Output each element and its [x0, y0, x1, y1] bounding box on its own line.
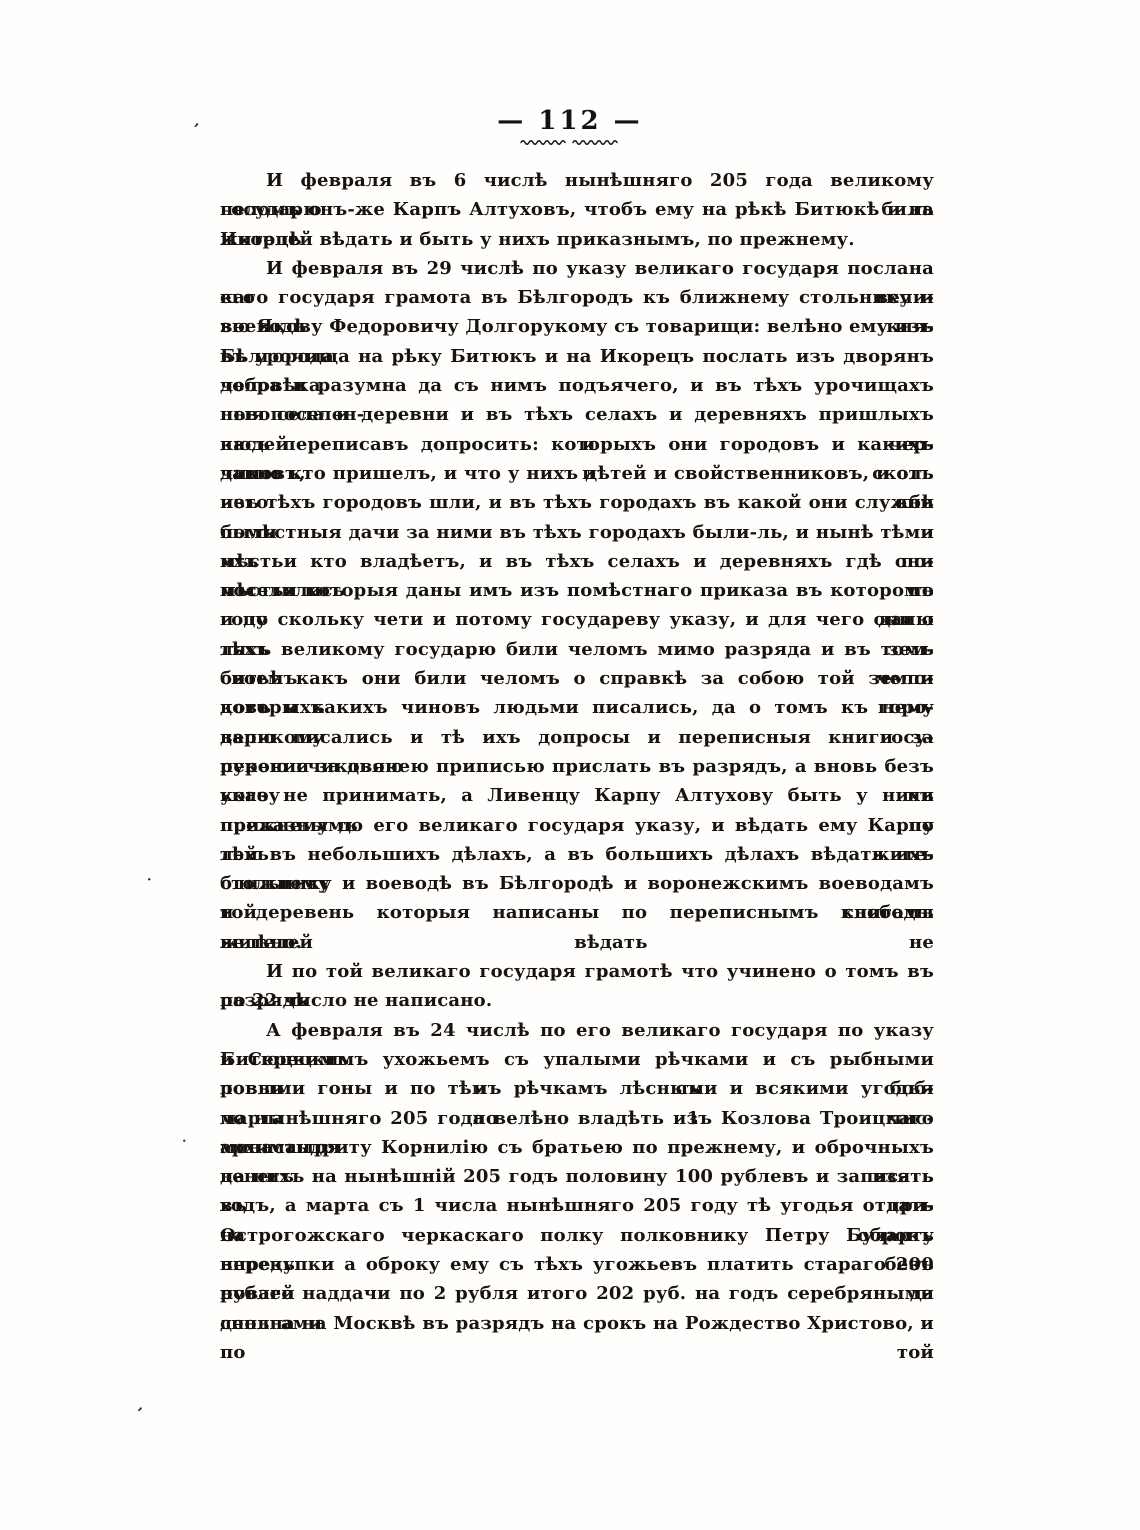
text-line: И февраля въ 6 числѣ нынѣшняго 205 года … [220, 166, 934, 195]
text-line: помѣстныя дачи за ними въ тѣхъ городахъ … [220, 518, 934, 547]
text-line: въ урочища на рѣку Битюкъ и на Икорецъ п… [220, 342, 934, 371]
text-line: довъ и какихъ чиновъ людьми писались, да… [220, 693, 934, 722]
text-line: ляхъ великому государю били челомъ мимо … [220, 635, 934, 664]
text-line: и Серецкимъ ухожьемъ съ упалыми рѣчками … [220, 1045, 934, 1074]
text-line: челомъ онъ-же Карпъ Алтуховъ, чтобъ ему … [220, 195, 934, 224]
text-line: и деревень которыя написаны по переписны… [220, 898, 934, 927]
paragraph-1: И февраля въ 6 числѣ нынѣшняго 205 года … [220, 166, 934, 254]
paragraph-3: И по той великаго государя грамотѣ что у… [220, 957, 934, 1016]
text-line: рукою и за дьячею приписью прислать въ р… [220, 752, 934, 781]
text-block: И февраля въ 6 числѣ нынѣшняго 205 года … [220, 166, 934, 1338]
text-line: ло нынѣшняго 205 года велѣно владѣть изъ… [220, 1104, 934, 1133]
text-line: каго государя грамота въ Бѣлгородъ къ бл… [220, 283, 934, 312]
page-number: — 112 — [497, 106, 642, 136]
page-header: — 112 — [0, 106, 1140, 146]
scan-artifact: . [182, 1132, 187, 1145]
text-line: жителей вѣдать и быть у нихъ приказнымъ,… [220, 225, 934, 254]
text-line: стольнику и воеводѣ въ Бѣлгородѣ и ворон… [220, 869, 934, 898]
text-line: архимандриту Корнилію съ братьею по преж… [220, 1133, 934, 1162]
text-line: Острогожскаго черкаскаго полку полковник… [220, 1221, 934, 1250]
text-line: перекупки а оброку ему съ тѣхъ угожьевъ … [220, 1250, 934, 1279]
scan-artifact: ’ [134, 1406, 144, 1422]
text-line: по 22 число не написано. [220, 986, 934, 1015]
text-line: ходъ, а марта съ 1 числа нынѣшняго 205 г… [220, 1191, 934, 1220]
text-line: И по той великаго государя грамотѣ что у… [220, 957, 934, 986]
paragraph-2: И февраля въ 29 числѣ по указу великаго … [220, 254, 934, 957]
text-line: мѣстья которыя даны имъ изъ помѣстнаго п… [220, 576, 934, 605]
text-line: А февраля въ 24 числѣ по его великаго го… [220, 1016, 934, 1045]
text-line: кого не принимать, а Ливенцу Карпу Алтух… [220, 781, 934, 810]
text-line: дарю писались и тѣ ихъ допросы и перепис… [220, 723, 934, 752]
text-line: зю Якову Федоровичу Долгорукому съ товар… [220, 312, 934, 341]
ornament-wavy-rule [519, 137, 621, 146]
text-line: новаго наддачи по 2 рубля итого 202 руб.… [220, 1279, 934, 1308]
text-line: касъ переписавъ допросить: которыхъ они … [220, 430, 934, 459]
text-line: ныя села и деревни и въ тѣхъ селахъ и де… [220, 400, 934, 429]
text-line: давно кто пришелъ, и что у нихъ дѣтей и … [220, 459, 934, 488]
text-line: добра и разумна да съ нимъ подъячего, и … [220, 371, 934, 400]
text-line: и по скольку чети и потому государеву ук… [220, 605, 934, 634]
text-line: битьѣ какъ они били челомъ о справкѣ за … [220, 664, 934, 693]
scanned-page: — 112 — И февраля въ 6 числѣ нынѣшняго 2… [0, 0, 1140, 1530]
text-line: И февраля въ 29 числѣ по указу великаго … [220, 254, 934, 283]
text-line: прежнему до его великаго государя указу,… [220, 811, 934, 840]
scan-artifact: · [147, 874, 152, 887]
text-line: на нихъ на нынѣшній 205 годъ половину 10… [220, 1162, 934, 1191]
text-line: мѣстьи кто владѣетъ, и въ тѣхъ селахъ и … [220, 547, 934, 576]
text-line: ровыми гоны и по тѣмъ рѣчкамъ лѣсными и … [220, 1074, 934, 1103]
text-line: лей въ небольшихъ дѣлахъ, а въ большихъ … [220, 840, 934, 869]
text-line: сполна на Москвѣ въ разрядъ на срокъ на … [220, 1309, 934, 1338]
paragraph-4: А февраля въ 24 числѣ по его великаго го… [220, 1016, 934, 1338]
text-line: изъ тѣхъ городовъ шли, и въ тѣхъ городах… [220, 488, 934, 517]
